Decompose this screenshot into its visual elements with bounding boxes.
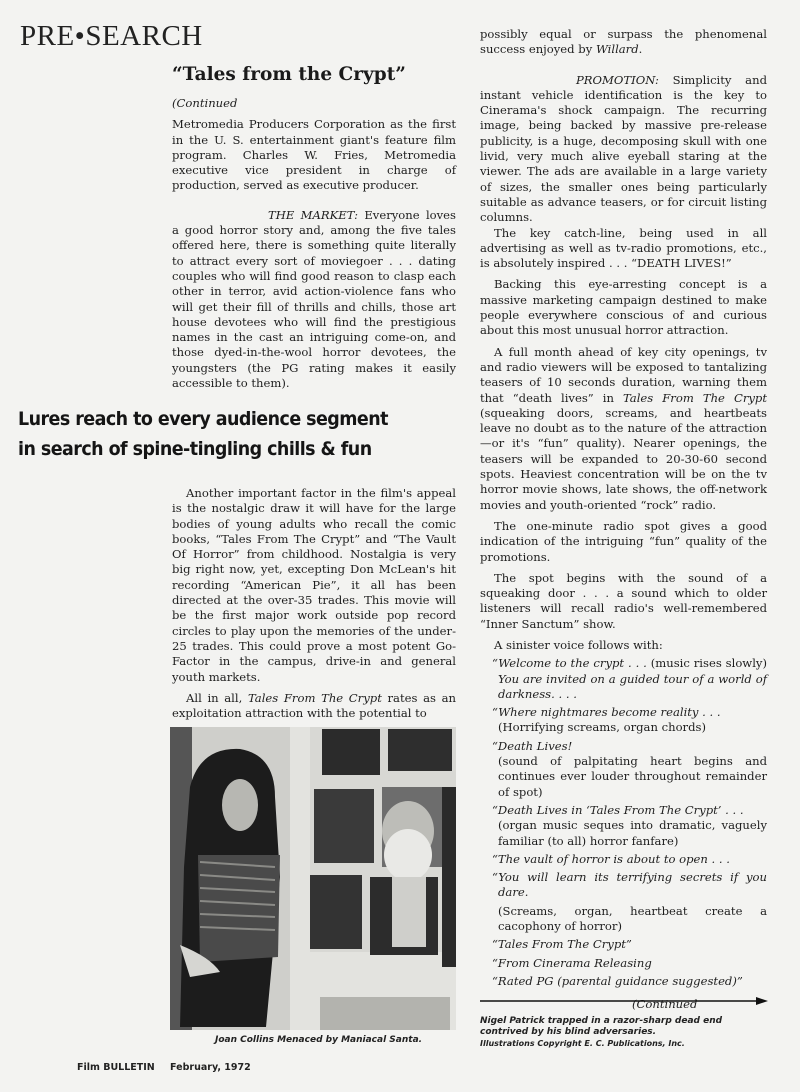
headline-line-1: Lures reach to every audience segment	[18, 404, 388, 434]
script-line: “Where nightmares become reality . . .	[480, 705, 767, 720]
nostalgia-paragraph: Another important factor in the film's a…	[172, 486, 456, 685]
continued-label: (Continued	[172, 96, 456, 111]
script-line: “Welcome to the crypt . . . (music rises…	[480, 656, 767, 702]
script-direction: (organ music seques into dramatic, vague…	[480, 818, 767, 849]
script-direction: (sound of palpitating heart begins and c…	[480, 754, 767, 800]
left-column-top: (Continued Metromedia Producers Corporat…	[172, 96, 456, 391]
radio-script: “Welcome to the crypt . . . (music rises…	[480, 656, 767, 989]
film-title-ref-2: Tales From The Crypt	[623, 391, 767, 405]
script-direction: (Horrifying screams, organ chords)	[480, 720, 767, 735]
market-paragraph: THE MARKET: Everyone loves a good horror…	[172, 208, 456, 392]
script-line: “Rated PG (parental guidance suggested)”	[480, 974, 767, 989]
right-column: possibly equal or surpass the phenomenal…	[480, 27, 767, 1013]
continue-arrow-icon	[480, 997, 768, 1005]
backing-paragraph: Backing this eye-arresting concept is a …	[480, 277, 767, 338]
script-direction: (Screams, organ, heartbeat create a caco…	[480, 904, 767, 935]
section-headline: Lures reach to every audience segment in…	[18, 404, 388, 464]
left-column-bottom: Another important factor in the film's a…	[172, 486, 456, 721]
script-line: “From Cinerama Releasing	[480, 956, 767, 971]
publication-name: Film BULLETIN	[77, 1062, 155, 1073]
article-title: “Tales from the Crypt”	[172, 64, 406, 85]
photo-joan-collins-santa	[170, 727, 456, 1030]
film-title-ref: Tales From The Crypt	[248, 691, 382, 705]
promotion-label: PROMOTION:	[576, 73, 659, 87]
photo-illustration	[170, 727, 456, 1030]
script-line: “Tales From The Crypt”	[480, 937, 767, 952]
catchline-paragraph: The key catch-line, being used in all ad…	[480, 226, 767, 272]
illustration-caption: Nigel Patrick trapped in a razor-sharp d…	[480, 1016, 770, 1049]
intro-paragraph: Metromedia Producers Corporation as the …	[172, 117, 456, 193]
script-line: “Death Lives!	[480, 739, 767, 754]
page-footer: Film BULLETIN February, 1972	[77, 1062, 251, 1073]
market-label: THE MARKET:	[268, 208, 358, 222]
section-masthead: PRE•SEARCH	[20, 22, 203, 51]
copyright-notice: Illustrations Copyright E. C. Publicatio…	[480, 1038, 770, 1049]
promotion-paragraph: PROMOTION: Simplicity and instant vehicl…	[480, 73, 767, 226]
film-title-willard: Willard	[596, 42, 639, 56]
script-line: “You will learn its terrifying secrets i…	[480, 870, 767, 901]
oneminute-paragraph: The one-minute radio spot gives a good i…	[480, 519, 767, 565]
script-line: “The vault of horror is about to open . …	[480, 852, 767, 867]
month-paragraph: A full month ahead of key city openings,…	[480, 345, 767, 513]
photo-caption: Joan Collins Menaced by Maniacal Santa.	[215, 1035, 422, 1045]
allinall-paragraph: All in all, Tales From The Crypt rates a…	[172, 691, 456, 722]
sinister-paragraph: A sinister voice follows with:	[480, 638, 767, 653]
headline-line-2: in search of spine-tingling chills & fun	[18, 434, 388, 464]
issue-date: February, 1972	[170, 1062, 251, 1073]
continuation-paragraph: possibly equal or surpass the phenomenal…	[480, 27, 767, 58]
market-text: Everyone loves a good horror story and, …	[172, 208, 456, 390]
spot-paragraph: The spot begins with the sound of a sque…	[480, 571, 767, 632]
illustration-caption-text: Nigel Patrick trapped in a razor-sharp d…	[480, 1016, 770, 1038]
script-line: “Death Lives in ‘Tales From The Crypt’ .…	[480, 803, 767, 818]
